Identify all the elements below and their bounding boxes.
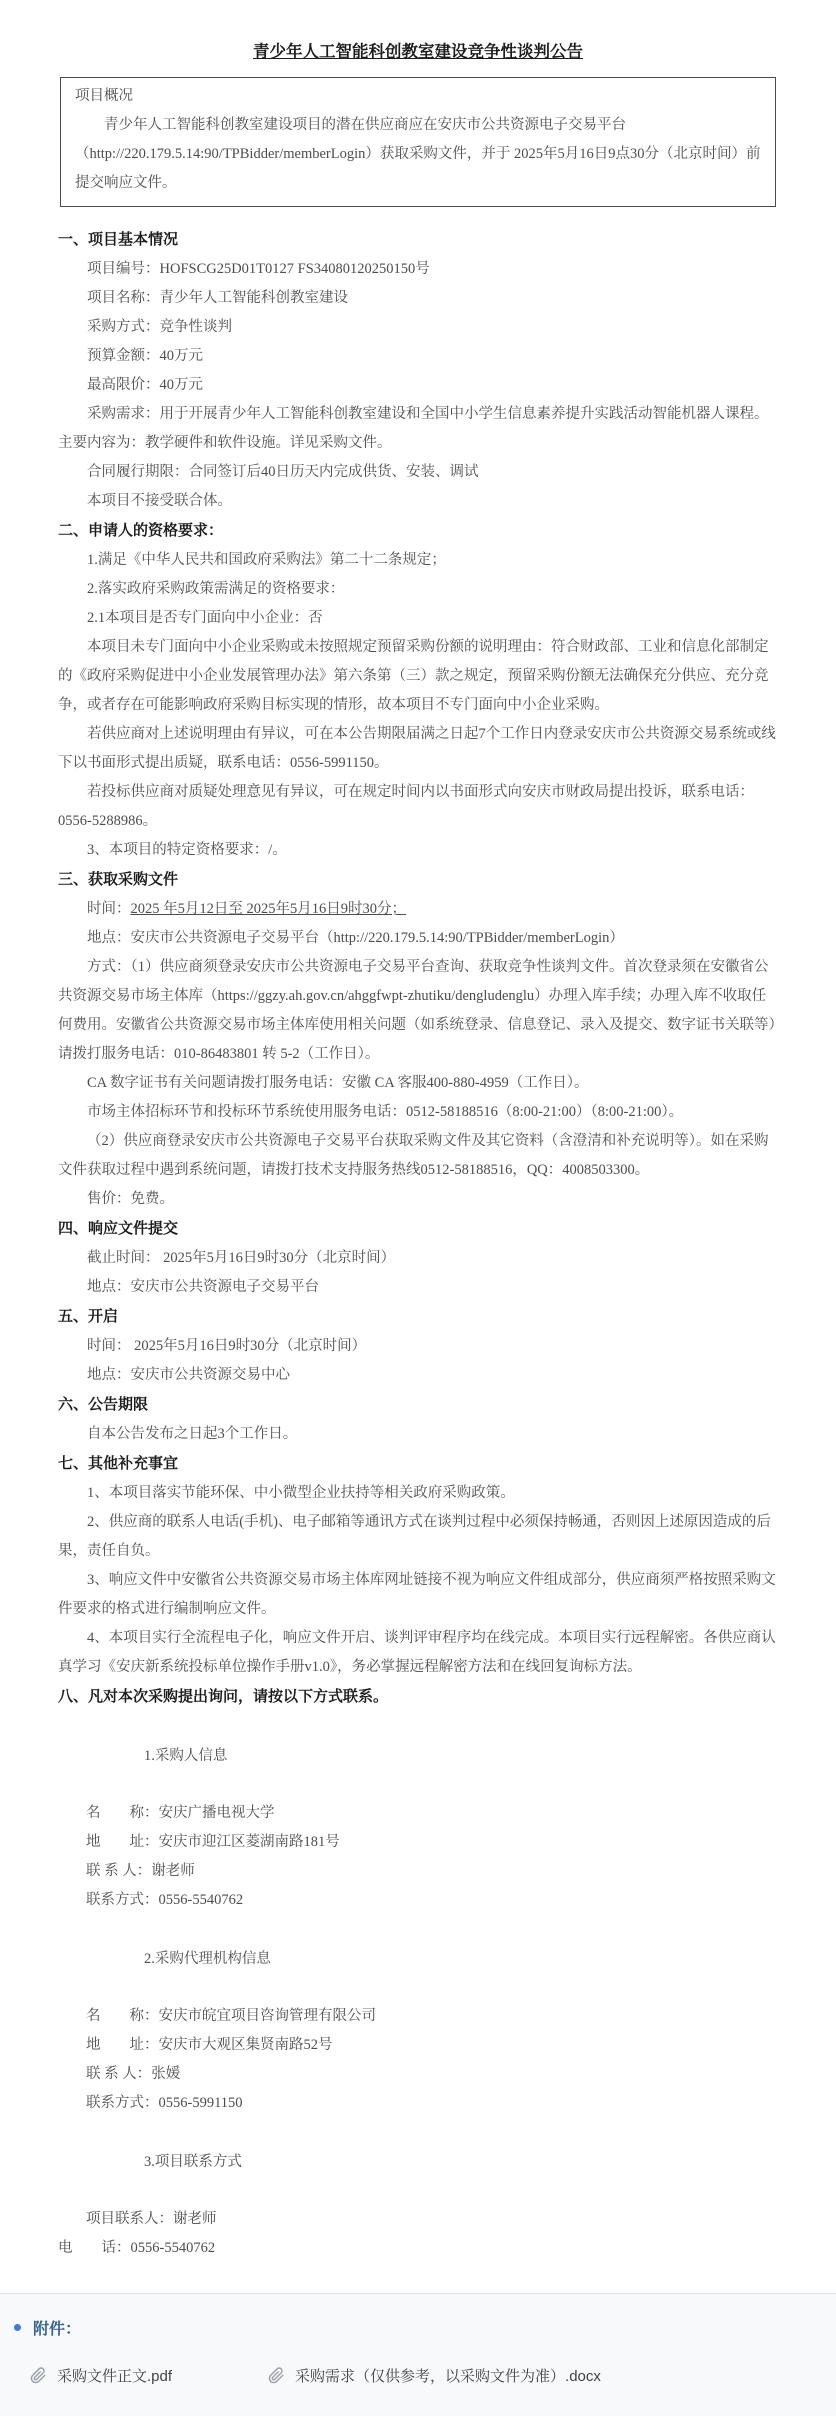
attachments-list: 采购文件正文.pdf 采购需求（仅供参考，以采购文件为准）.docx: [0, 2365, 836, 2386]
overview-label: 项目概况: [75, 82, 761, 111]
section2-heading: 二、申请人的资格要求：: [58, 516, 778, 546]
section4-heading: 四、响应文件提交: [58, 1214, 778, 1244]
time-prefix: 时间：: [87, 901, 131, 917]
section7-heading: 七、其他补充事宜: [58, 1449, 778, 1479]
project-contact-title: 3.项目联系方式: [144, 2148, 778, 2177]
doc-line: 1.满足《中华人民共和国政府采购法》第二十二条规定；: [58, 546, 778, 575]
attachments-footer: 附件： 采购文件正文.pdf 采购需求（仅供参考，以采购文件为准）.docx: [0, 2293, 836, 2416]
doc-line: 本项目未专门面向中小企业采购或未按照规定预留采购份额的说明理由：符合财政部、工业…: [58, 633, 778, 720]
doc-line: 合同履行期限：合同签订后40日历天内完成供货、安装、调试: [58, 458, 778, 487]
doc-line: 项目名称：青少年人工智能科创教室建设: [58, 284, 778, 313]
doc-line: 地点：安庆市公共资源电子交易平台: [58, 1273, 778, 1302]
overview-text: 青少年人工智能科创教室建设项目的潜在供应商应在安庆市公共资源电子交易平台（htt…: [75, 111, 761, 198]
section5-heading: 五、开启: [58, 1302, 778, 1332]
doc-line: 4、本项目实行全流程电子化，响应文件开启、谈判评审程序均在线完成。本项目实行远程…: [58, 1624, 778, 1682]
agency-name: 名 称：安庆市皖宜项目咨询管理有限公司: [86, 2002, 778, 2031]
doc-line: 2.1本项目是否专门面向中小企业：否: [58, 604, 778, 633]
agency-contact-phone: 联系方式：0556-5991150: [86, 2089, 778, 2118]
doc-line: 3、本项目的特定资格要求：/。: [58, 836, 778, 865]
attachment-link-docx[interactable]: 采购需求（仅供参考，以采购文件为准）.docx: [268, 2365, 601, 2386]
section3-heading: 三、获取采购文件: [58, 865, 778, 895]
paperclip-icon: [30, 2367, 47, 2384]
doc-line: 本项目不接受联合体。: [58, 487, 778, 516]
doc-line: 最高限价：40万元: [58, 371, 778, 400]
buyer-address: 地 址：安庆市迎江区菱湖南路181号: [86, 1828, 778, 1857]
doc-line: 采购需求：用于开展青少年人工智能科创教室建设和全国中小学生信息素养提升实践活动智…: [58, 400, 778, 458]
doc-line-time: 时间：2025 年5月12日至 2025年5月16日9时30分；: [58, 895, 778, 924]
doc-line: 时间： 2025年5月16日9时30分（北京时间）: [58, 1332, 778, 1361]
time-underlined: 2025 年5月12日至 2025年5月16日9时30分；: [131, 901, 407, 917]
agency-info-title: 2.采购代理机构信息: [144, 1945, 778, 1974]
attachment-link-pdf[interactable]: 采购文件正文.pdf: [30, 2365, 172, 2386]
doc-line: 自本公告发布之日起3个工作日。: [58, 1420, 778, 1449]
doc-line: 2.落实政府采购政策需满足的资格要求：: [58, 575, 778, 604]
agency-contact-person: 联 系 人：张媛: [86, 2060, 778, 2089]
doc-line: 项目编号：HOFSCG25D01T0127 FS34080120250150号: [58, 255, 778, 284]
bullet-dot-icon: [14, 2324, 21, 2331]
project-overview-box: 项目概况 青少年人工智能科创教室建设项目的潜在供应商应在安庆市公共资源电子交易平…: [60, 77, 776, 207]
doc-line: 地点：安庆市公共资源电子交易平台（http://220.179.5.14:90/…: [58, 924, 778, 953]
attachment-file-name: 采购需求（仅供参考，以采购文件为准）.docx: [295, 2365, 601, 2386]
doc-line: 2、供应商的联系人电话(手机)、电子邮箱等通讯方式在谈判过程中必须保持畅通，否则…: [58, 1508, 778, 1566]
doc-line: 售价：免费。: [58, 1185, 778, 1214]
paperclip-icon: [268, 2367, 285, 2384]
attachments-header: 附件：: [0, 2316, 836, 2339]
section1-heading: 一、项目基本情况: [58, 225, 778, 255]
agency-address: 地 址：安庆市大观区集贤南路52号: [86, 2031, 778, 2060]
doc-line: 预算金额：40万元: [58, 342, 778, 371]
doc-line: 若供应商对上述说明理由有异议，可在本公告期限届满之日起7个工作日内登录安庆市公共…: [58, 720, 778, 778]
doc-line: 1、本项目落实节能环保、中小微型企业扶持等相关政府采购政策。: [58, 1479, 778, 1508]
doc-line: 采购方式：竞争性谈判: [58, 313, 778, 342]
attachments-label: 附件：: [33, 2316, 81, 2339]
doc-line: 若投标供应商对质疑处理意见有异议，可在规定时间内以书面形式向安庆市财政局提出投诉…: [58, 778, 778, 836]
page-title: 青少年人工智能科创教室建设竞争性谈判公告: [58, 38, 778, 67]
section6-heading: 六、公告期限: [58, 1390, 778, 1420]
buyer-contact-phone: 联系方式：0556-5540762: [86, 1886, 778, 1915]
doc-line: 市场主体招标环节和投标环节系统使用服务电话：0512-58188516（8:00…: [58, 1098, 778, 1127]
attachment-file-name: 采购文件正文.pdf: [57, 2365, 172, 2386]
doc-line: （2）供应商登录安庆市公共资源电子交易平台获取采购文件及其它资料（含澄清和补充说…: [58, 1127, 778, 1185]
project-contact-person: 项目联系人：谢老师: [86, 2205, 778, 2234]
doc-line: 方式：（1）供应商须登录安庆市公共资源电子交易平台查询、获取竞争性谈判文件。首次…: [58, 953, 778, 1069]
doc-line: 3、响应文件中安徽省公共资源交易市场主体库网址链接不视为响应文件组成部分，供应商…: [58, 1566, 778, 1624]
doc-line: 地点：安庆市公共资源交易中心: [58, 1361, 778, 1390]
section8-heading: 八、凡对本次采购提出询问，请按以下方式联系。: [58, 1682, 778, 1712]
doc-line: 截止时间： 2025年5月16日9时30分（北京时间）: [58, 1244, 778, 1273]
buyer-name: 名 称：安庆广播电视大学: [86, 1799, 778, 1828]
doc-line: CA 数字证书有关问题请拨打服务电话：安徽 CA 客服400-880-4959（…: [58, 1069, 778, 1098]
announcement-document: 青少年人工智能科创教室建设竞争性谈判公告 项目概况 青少年人工智能科创教室建设项…: [0, 0, 836, 2293]
project-contact-phone: 电 话：0556-5540762: [58, 2234, 778, 2263]
buyer-info-title: 1.采购人信息: [144, 1742, 778, 1771]
buyer-contact-person: 联 系 人：谢老师: [86, 1857, 778, 1886]
